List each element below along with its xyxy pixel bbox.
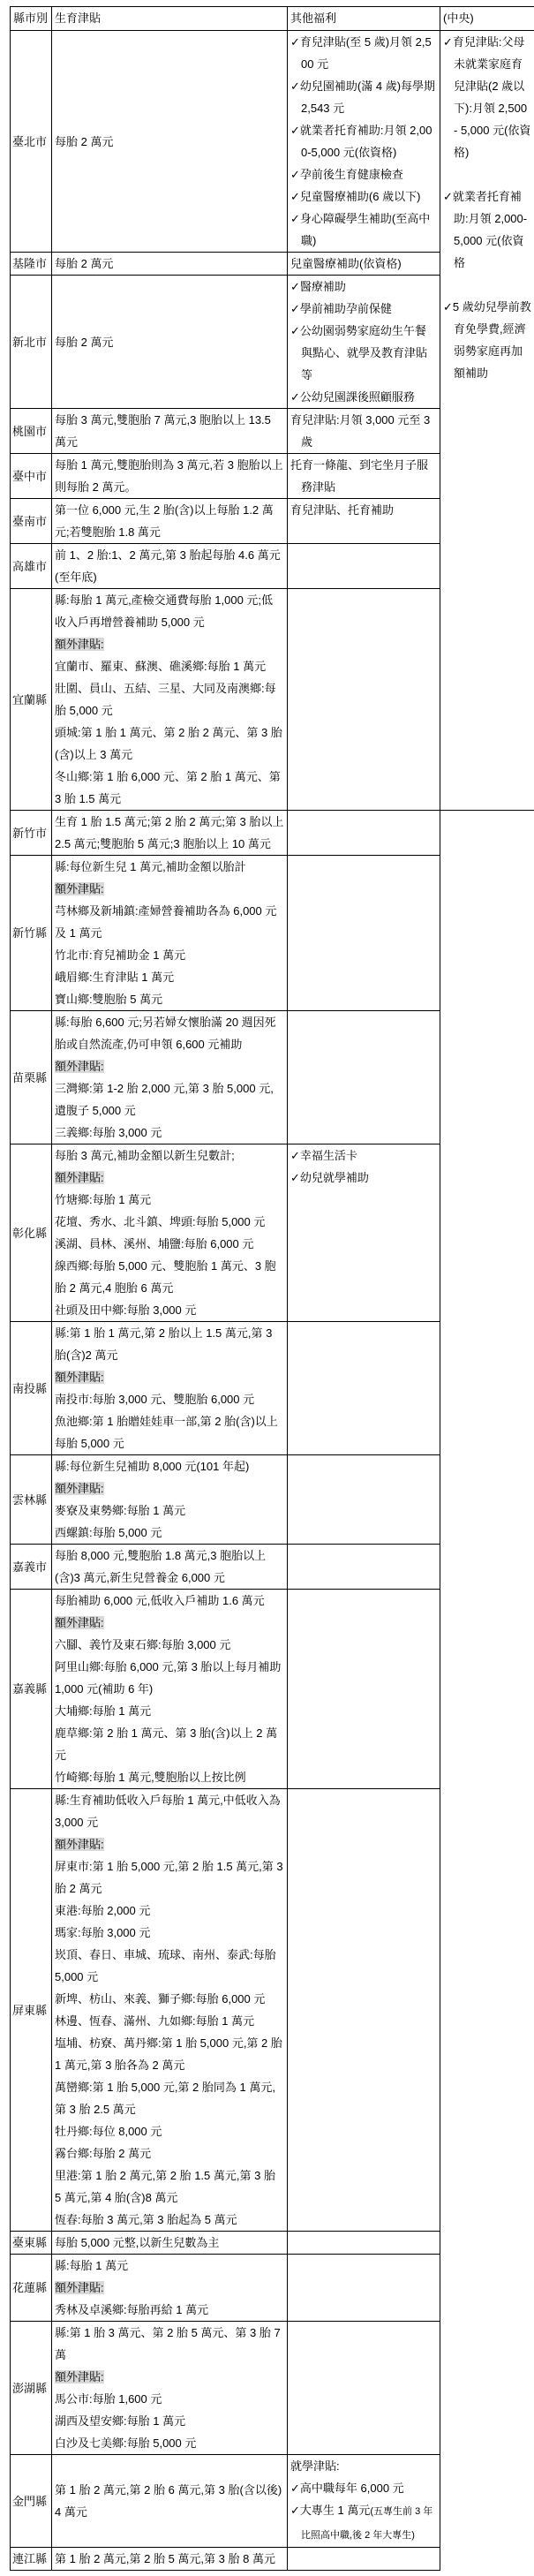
subsidy-line: 縣:每胎 6,600 元;另若婦女懷胎滿 20 週因死胎或自然流產,仍可申領 6…: [55, 1011, 284, 1055]
county-cell: 高雄市: [11, 544, 52, 589]
other-benefits-cell: 育兒津貼、托育補助: [288, 499, 440, 544]
benefit-item: ✓5 歲幼兒學前教育免學費,經濟弱勢家庭再加額補助: [443, 296, 532, 384]
subsidy-cell: 第 1 胎 2 萬元,第 2 胎 5 萬元,第 3 胎 8 萬元: [52, 2548, 288, 2571]
subsidy-cell: 生育 1 胎 1.5 萬元;第 2 胎 2 萬元;第 3 胎以上 2.5 萬元;…: [52, 811, 288, 856]
other-benefits-cell: ✓幸福生活卡✓幼兒就學補助: [288, 1144, 440, 1322]
benefit-item: ✓幸福生活卡: [290, 1144, 437, 1167]
highlighted-text: 額外津貼:: [55, 638, 104, 651]
other-benefits-cell: [288, 1590, 440, 1789]
subsidy-line: 第一位 6,000 元,生 2 胎(含)以上每胎 1.2 萬元;若雙胞胎 1.8…: [55, 499, 284, 543]
county-cell: 嘉義市: [11, 1545, 52, 1590]
subsidy-line: 寶山鄉:雙胞胎 5 萬元: [55, 988, 284, 1010]
benefit-item: ✓學前補助孕前保健: [290, 298, 437, 320]
other-benefits-cell: [288, 2548, 440, 2571]
subsidy-line: 新埤、枋山、來義、獅子鄉:每胎 6,000 元: [55, 1988, 284, 2010]
subsidy-table: 縣市別 生育津貼 其他福利 (中央) 臺北市每胎 2 萬元✓育兒津貼(至 5 歲…: [10, 6, 534, 2571]
checkmark-icon: ✓: [290, 324, 300, 337]
county-cell: 新竹市: [11, 811, 52, 856]
subsidy-extra-label: 額外津貼:: [55, 1833, 284, 1855]
subsidy-line: 萬巒鄉:第 1 胎 5,000 元,第 2 胎同為 1 萬元,第 3 胎 2.5…: [55, 2076, 284, 2120]
highlighted-text: 額外津貼:: [55, 1482, 104, 1495]
highlighted-text: 額外津貼:: [55, 882, 104, 895]
highlighted-text: 額外津貼:: [55, 1060, 104, 1073]
subsidy-cell: 每胎 3 萬元,雙胞胎 7 萬元,3 胞胎以上 13.5 萬元: [52, 409, 288, 454]
subsidy-line: 牡丹鄉:每位 8,000 元: [55, 2120, 284, 2142]
county-cell: 新北市: [11, 276, 52, 409]
other-benefits-cell: [288, 1545, 440, 1590]
benefit-item-note: (五專生前 3 年比照高中職,後 2 年大專生): [301, 2506, 432, 2541]
subsidy-line: 霧台鄉:每胎 2 萬元: [55, 2142, 284, 2164]
subsidy-extra-label: 額外津貼:: [55, 1055, 284, 1077]
subsidy-line: 里港:第 1 胎 2 萬元,第 2 胎 1.5 萬元,第 3 胎 5 萬元,第 …: [55, 2164, 284, 2209]
other-benefits-cell: 托育一條龍、到宅坐月子服務津貼: [288, 454, 440, 499]
benefit-item: 兒童醫療補助(依資格): [290, 253, 437, 275]
benefit-item: ✓育兒津貼(至 5 歲)月領 2,500 元: [290, 31, 437, 75]
checkmark-icon: ✓: [443, 300, 453, 314]
subsidy-line: 麥寮及東勢鄉:每胎 1 萬元: [55, 1500, 284, 1522]
subsidy-cell: 每胎 2 萬元: [52, 253, 288, 276]
subsidy-line: 阿里山鄉:每胎 6,000 元,第 3 胎以上每月補助 1,000 元(補助 6…: [55, 1656, 284, 1700]
county-cell: 彰化縣: [11, 1144, 52, 1322]
county-cell: 宜蘭縣: [11, 589, 52, 811]
subsidy-cell: 縣:每位新生兒補助 8,000 元(101 年起)額外津貼:麥寮及東勢鄉:每胎 …: [52, 1455, 288, 1545]
subsidy-line: 恆春:每胎 3 萬元,第 3 胎起為 5 萬元: [55, 2209, 284, 2231]
county-cell: 臺南市: [11, 499, 52, 544]
county-cell: 澎湖縣: [11, 2322, 52, 2455]
subsidy-extra-label: 額外津貼:: [55, 1366, 284, 1388]
subsidy-cell: 縣:生育補助低收入戶每胎 1 萬元,中低收入為 3,000 元額外津貼:屏東市:…: [52, 1789, 288, 2232]
subsidy-line: 秀林及卓溪鄉:每胎再給 1 萬元: [55, 2299, 284, 2321]
subsidy-line: 瑪家:每胎 3,000 元: [55, 1922, 284, 1944]
subsidy-line: 每胎補助 6,000 元,低收入戶補助 1.6 萬元: [55, 1590, 284, 1612]
subsidy-line: 社頭及田中鄉:每胎 3,000 元: [55, 1299, 284, 1321]
county-cell: 屏東縣: [11, 1789, 52, 2232]
other-benefits-cell: 育兒津貼:月領 3,000 元至 3 歲: [288, 409, 440, 454]
subsidy-line: 縣:第 1 胎 3 萬元、第 2 胎 5 萬元、第 3 胎 7 萬: [55, 2322, 284, 2366]
subsidy-line: 每胎 2 萬元: [55, 331, 284, 353]
subsidy-cell: 縣:第 1 胎 1 萬元,第 2 胎以上 1.5 萬元,第 3 胎(含)2 萬元…: [52, 1322, 288, 1455]
subsidy-line: 縣:每胎 1 萬元: [55, 2255, 284, 2277]
county-cell: 臺東縣: [11, 2232, 52, 2255]
subsidy-extra-label: 額外津貼:: [55, 1477, 284, 1500]
table-body: 臺北市每胎 2 萬元✓育兒津貼(至 5 歲)月領 2,500 元✓幼兒園補助(滿…: [11, 31, 534, 2571]
subsidy-cell: 縣:每胎 6,600 元;另若婦女懷胎滿 20 週因死胎或自然流產,仍可申領 6…: [52, 1011, 288, 1144]
subsidy-line: 屏東市:第 1 胎 5,000 元,第 2 胎 1.5 萬元,第 3 胎 2 萬…: [55, 1855, 284, 1900]
benefit-item: ✓兒童醫療補助(6 歲以下): [290, 185, 437, 208]
other-benefits-cell: [288, 1011, 440, 1144]
subsidy-cell: 每胎 5,000 元整,以新生兒數為主: [52, 2232, 288, 2255]
subsidy-line: 峨眉鄉:生育津貼 1 萬元: [55, 966, 284, 988]
checkmark-icon: ✓: [443, 190, 453, 203]
subsidy-line: 線西鄉:每胎 5,000 元、雙胞胎 1 萬元、3 胞胎 2 萬元,4 胞胎 6…: [55, 1255, 284, 1299]
checkmark-icon: ✓: [290, 168, 300, 181]
subsidy-line: 壯圍、員山、五結、三星、大同及南澳鄉:每胎 5,000 元: [55, 677, 284, 721]
checkmark-icon: ✓: [290, 302, 300, 315]
county-cell: 桃園市: [11, 409, 52, 454]
benefit-item: ✓大專生 1 萬元(五專生前 3 年比照高中職,後 2 年大專生): [290, 2499, 437, 2547]
subsidy-line: 第 1 胎 2 萬元,第 2 胎 6 萬元,第 3 胎(含以後)4 萬元: [55, 2479, 284, 2523]
subsidy-line: 東港:每胎 2,000 元: [55, 1900, 284, 1922]
checkmark-icon: ✓: [290, 2504, 300, 2517]
subsidy-cell: 縣:每位新生兒 1 萬元,補助金額以胎計額外津貼:芎林鄉及新埔鎮:產婦營養補助各…: [52, 856, 288, 1011]
subsidy-line: 縣:每胎 1 萬元,產檢交通費每胎 1,000 元;低收入戶再增營養補助 5,0…: [55, 589, 284, 633]
subsidy-line: 三義鄉:每胎 3,000 元: [55, 1122, 284, 1144]
subsidy-line: 魚池鄉:第 1 胎贈娃娃車一部,第 2 胎(含)以上每胎 5,000 元: [55, 1410, 284, 1454]
other-benefits-cell: ✓育兒津貼(至 5 歲)月領 2,500 元✓幼兒園補助(滿 4 歲)每學期 2…: [288, 31, 440, 253]
subsidy-line: 芎林鄉及新埔鎮:產婦營養補助各為 6,000 元及 1 萬元: [55, 900, 284, 944]
checkmark-icon: ✓: [290, 1171, 300, 1184]
page: 縣市別 生育津貼 其他福利 (中央) 臺北市每胎 2 萬元✓育兒津貼(至 5 歲…: [0, 0, 534, 2576]
other-benefits-cell: [288, 1455, 440, 1545]
highlighted-text: 額外津貼:: [55, 2370, 104, 2383]
highlighted-text: 額外津貼:: [55, 2281, 104, 2294]
header-other-benefits: 其他福利: [288, 7, 440, 31]
benefit-item: ✓公幼園弱勢家庭幼生午餐與點心、就學及教育津貼等: [290, 320, 437, 386]
subsidy-line: 每胎 3 萬元,補助金額以新生兒數計;: [55, 1144, 284, 1167]
highlighted-text: 額外津貼:: [55, 1838, 104, 1851]
benefit-item: 育兒津貼、托育補助: [290, 499, 437, 521]
benefit-item: ✓就業者托育補助:月領 2,000-5,000 元(依資格: [443, 185, 532, 274]
benefit-item: ✓孕前後生育健康檢查: [290, 163, 437, 185]
subsidy-cell: 每胎 2 萬元: [52, 31, 288, 253]
subsidy-line: 鹿草鄉:第 2 胎 1 萬元、第 3 胎(含)以上 2 萬元: [55, 1722, 284, 1766]
subsidy-extra-label: 額外津貼:: [55, 633, 284, 655]
benefit-item: ✓就業者托育補助:月領 2,000-5,000 元(依資格): [290, 119, 437, 163]
subsidy-line: 縣:生育補助低收入戶每胎 1 萬元,中低收入為 3,000 元: [55, 1789, 284, 1833]
subsidy-line: 林邊、恆春、滿州、九如鄉:每胎 1 萬元: [55, 2010, 284, 2032]
subsidy-line: 竹塘鄉:每胎 1 萬元: [55, 1189, 284, 1211]
subsidy-line: 第 1 胎 2 萬元,第 2 胎 5 萬元,第 3 胎 8 萬元: [55, 2548, 284, 2570]
subsidy-line: 縣:每位新生兒補助 8,000 元(101 年起): [55, 1455, 284, 1477]
subsidy-line: 縣:第 1 胎 1 萬元,第 2 胎以上 1.5 萬元,第 3 胎(含)2 萬元: [55, 1322, 284, 1366]
central-gov-cell: [440, 811, 534, 2571]
other-benefits-cell: [288, 589, 440, 811]
subsidy-cell: 每胎補助 6,000 元,低收入戶補助 1.6 萬元額外津貼:六腳、義竹及東石鄉…: [52, 1590, 288, 1789]
subsidy-cell: 每胎 2 萬元: [52, 276, 288, 409]
checkmark-icon: ✓: [290, 280, 300, 293]
county-cell: 苗栗縣: [11, 1011, 52, 1144]
table-row: 臺北市每胎 2 萬元✓育兒津貼(至 5 歲)月領 2,500 元✓幼兒園補助(滿…: [11, 31, 534, 253]
checkmark-icon: ✓: [290, 390, 300, 404]
subsidy-line: 前 1、2 胎:1、2 萬元,第 3 胎起每胎 4.6 萬元(至年底): [55, 544, 284, 588]
subsidy-line: 頭城:第 1 胎 1 萬元、第 2 胎 2 萬元、第 3 胎(含)以上 3 萬元: [55, 721, 284, 766]
subsidy-line: 冬山鄉:第 1 胎 6,000 元、第 2 胎 1 萬元、第 3 胎 1.5 萬…: [55, 766, 284, 810]
subsidy-cell: 第一位 6,000 元,生 2 胎(含)以上每胎 1.2 萬元;若雙胞胎 1.8…: [52, 499, 288, 544]
subsidy-line: 塩埔、枋寮、萬丹鄉:第 1 胎 5,000 元,第 2 胎 1 萬元,第 3 胎…: [55, 2032, 284, 2076]
other-benefits-cell: [288, 811, 440, 856]
subsidy-cell: 每胎 1 萬元,雙胞胎則為 3 萬元,若 3 胞胎以上則每胎 2 萬元。: [52, 454, 288, 499]
subsidy-line: 六腳、義竹及東石鄉:每胎 3,000 元: [55, 1634, 284, 1656]
checkmark-icon: ✓: [290, 35, 300, 49]
subsidy-cell: 每胎 8,000 元,雙胞胎 1.8 萬元,3 胞胎以上(含)3 萬元,新生兒營…: [52, 1545, 288, 1590]
table-row: 新竹市生育 1 胎 1.5 萬元;第 2 胎 2 萬元;第 3 胎以上 2.5 …: [11, 811, 534, 856]
subsidy-line: 湖西及望安鄉:每胎 1 萬元: [55, 2410, 284, 2432]
subsidy-line: 每胎 8,000 元,雙胞胎 1.8 萬元,3 胞胎以上(含)3 萬元,新生兒營…: [55, 1545, 284, 1589]
county-cell: 基隆市: [11, 253, 52, 276]
benefit-item: ✓高中職每年 6,000 元: [290, 2477, 437, 2499]
subsidy-line: 大埔鄉:每胎 1 萬元: [55, 1700, 284, 1722]
subsidy-line: 馬公市:每胎 1,600 元: [55, 2388, 284, 2410]
subsidy-extra-label: 額外津貼:: [55, 1612, 284, 1634]
other-benefits-cell: [288, 2255, 440, 2322]
other-benefits-cell: 兒童醫療補助(依資格): [288, 253, 440, 276]
checkmark-icon: ✓: [290, 212, 300, 225]
benefit-item: ✓育兒津貼:父母未就業家庭育兒津貼(2 歲以下):月領 2,500 - 5,00…: [443, 31, 532, 163]
other-benefits-cell: [288, 856, 440, 1011]
subsidy-line: 每胎 2 萬元: [55, 253, 284, 275]
subsidy-extra-label: 額外津貼:: [55, 2277, 284, 2299]
other-benefits-cell: 就學津貼:✓高中職每年 6,000 元✓大專生 1 萬元(五專生前 3 年比照高…: [288, 2455, 440, 2548]
subsidy-line: 每胎 3 萬元,雙胞胎 7 萬元,3 胞胎以上 13.5 萬元: [55, 409, 284, 453]
subsidy-line: 花壇、秀水、北斗鎮、埤頭:每胎 5,000 元: [55, 1211, 284, 1233]
subsidy-cell: 縣:每胎 1 萬元額外津貼:秀林及卓溪鄉:每胎再給 1 萬元: [52, 2255, 288, 2322]
subsidy-line: 縣:每位新生兒 1 萬元,補助金額以胎計: [55, 856, 284, 878]
county-cell: 新竹縣: [11, 856, 52, 1011]
subsidy-extra-label: 額外津貼:: [55, 1167, 284, 1189]
county-cell: 花蓮縣: [11, 2255, 52, 2322]
county-cell: 南投縣: [11, 1322, 52, 1455]
central-gov-cell: ✓育兒津貼:父母未就業家庭育兒津貼(2 歲以下):月領 2,500 - 5,00…: [440, 31, 534, 811]
other-benefits-cell: [288, 2232, 440, 2255]
subsidy-line: 每胎 2 萬元: [55, 131, 284, 153]
subsidy-line: 每胎 5,000 元整,以新生兒數為主: [55, 2232, 284, 2254]
subsidy-extra-label: 額外津貼:: [55, 878, 284, 900]
other-benefits-cell: [288, 2322, 440, 2455]
checkmark-icon: ✓: [290, 2482, 300, 2495]
subsidy-line: 生育 1 胎 1.5 萬元;第 2 胎 2 萬元;第 3 胎以上 2.5 萬元;…: [55, 811, 284, 855]
subsidy-line: 崁頂、春日、車城、琉球、南州、泰武:每胎 5,000 元: [55, 1944, 284, 1988]
checkmark-icon: ✓: [290, 190, 300, 203]
header-subsidy: 生育津貼: [52, 7, 288, 31]
county-cell: 臺中市: [11, 454, 52, 499]
county-cell: 嘉義縣: [11, 1590, 52, 1789]
other-benefits-cell: [288, 1322, 440, 1455]
header-county: 縣市別: [11, 7, 52, 31]
benefit-item: ✓身心障礙學生補助(至高中職): [290, 208, 437, 252]
benefit-item: ✓幼兒就學補助: [290, 1167, 437, 1189]
highlighted-text: 額外津貼:: [55, 1371, 104, 1384]
checkmark-icon: ✓: [290, 124, 300, 137]
county-cell: 臺北市: [11, 31, 52, 253]
benefit-item: 就學津貼:: [290, 2455, 437, 2477]
benefit-item: 托育一條龍、到宅坐月子服務津貼: [290, 454, 437, 498]
subsidy-line: 竹北市:育兒補助金 1 萬元: [55, 944, 284, 966]
subsidy-line: 白沙及七美鄉:每胎 5,000 元: [55, 2432, 284, 2454]
subsidy-cell: 縣:每胎 1 萬元,產檢交通費每胎 1,000 元;低收入戶再增營養補助 5,0…: [52, 589, 288, 811]
subsidy-line: 三灣鄉:第 1-2 胎 2,000 元,第 3 胎 5,000 元,遺腹子 5,…: [55, 1077, 284, 1122]
subsidy-line: 南投市:每胎 3,000 元、雙胞胎 6,000 元: [55, 1388, 284, 1410]
other-benefits-cell: ✓醫療補助✓學前補助孕前保健✓公幼園弱勢家庭幼生午餐與點心、就學及教育津貼等✓公…: [288, 276, 440, 409]
subsidy-extra-label: 額外津貼:: [55, 2366, 284, 2388]
table-header: 縣市別 生育津貼 其他福利 (中央): [11, 7, 534, 31]
subsidy-line: 竹崎鄉:每胎 1 萬元,雙胞胎以上按比例: [55, 1766, 284, 1788]
subsidy-cell: 縣:第 1 胎 3 萬元、第 2 胎 5 萬元、第 3 胎 7 萬額外津貼:馬公…: [52, 2322, 288, 2455]
checkmark-icon: ✓: [290, 1149, 300, 1162]
subsidy-line: 每胎 1 萬元,雙胞胎則為 3 萬元,若 3 胞胎以上則每胎 2 萬元。: [55, 454, 284, 498]
benefit-item: ✓幼兒園補助(滿 4 歲)每學期 2,543 元: [290, 75, 437, 119]
subsidy-line: 溪湖、員林、溪州、埔鹽:每胎 6,000 元: [55, 1233, 284, 1255]
benefit-item: 育兒津貼:月領 3,000 元至 3 歲: [290, 409, 437, 453]
other-benefits-cell: [288, 1789, 440, 2232]
subsidy-line: 宜蘭市、羅東、蘇澳、礁溪鄉:每胎 1 萬元: [55, 655, 284, 677]
county-cell: 雲林縣: [11, 1455, 52, 1545]
county-cell: 連江縣: [11, 2548, 52, 2571]
benefit-item: ✓醫療補助: [290, 276, 437, 298]
other-benefits-cell: [288, 544, 440, 589]
subsidy-cell: 第 1 胎 2 萬元,第 2 胎 6 萬元,第 3 胎(含以後)4 萬元: [52, 2455, 288, 2548]
county-cell: 金門縣: [11, 2455, 52, 2548]
checkmark-icon: ✓: [290, 79, 300, 93]
subsidy-cell: 前 1、2 胎:1、2 萬元,第 3 胎起每胎 4.6 萬元(至年底): [52, 544, 288, 589]
subsidy-line: 西螺鎮:每胎 5,000 元: [55, 1522, 284, 1544]
header-row: 縣市別 生育津貼 其他福利 (中央): [11, 7, 534, 31]
benefit-item: ✓公幼兒園課後照顧服務: [290, 386, 437, 408]
header-central: (中央): [440, 7, 534, 31]
highlighted-text: 額外津貼:: [55, 1616, 104, 1629]
highlighted-text: 額外津貼:: [55, 1171, 104, 1184]
subsidy-cell: 每胎 3 萬元,補助金額以新生兒數計;額外津貼:竹塘鄉:每胎 1 萬元花壇、秀水…: [52, 1144, 288, 1322]
checkmark-icon: ✓: [443, 35, 453, 49]
